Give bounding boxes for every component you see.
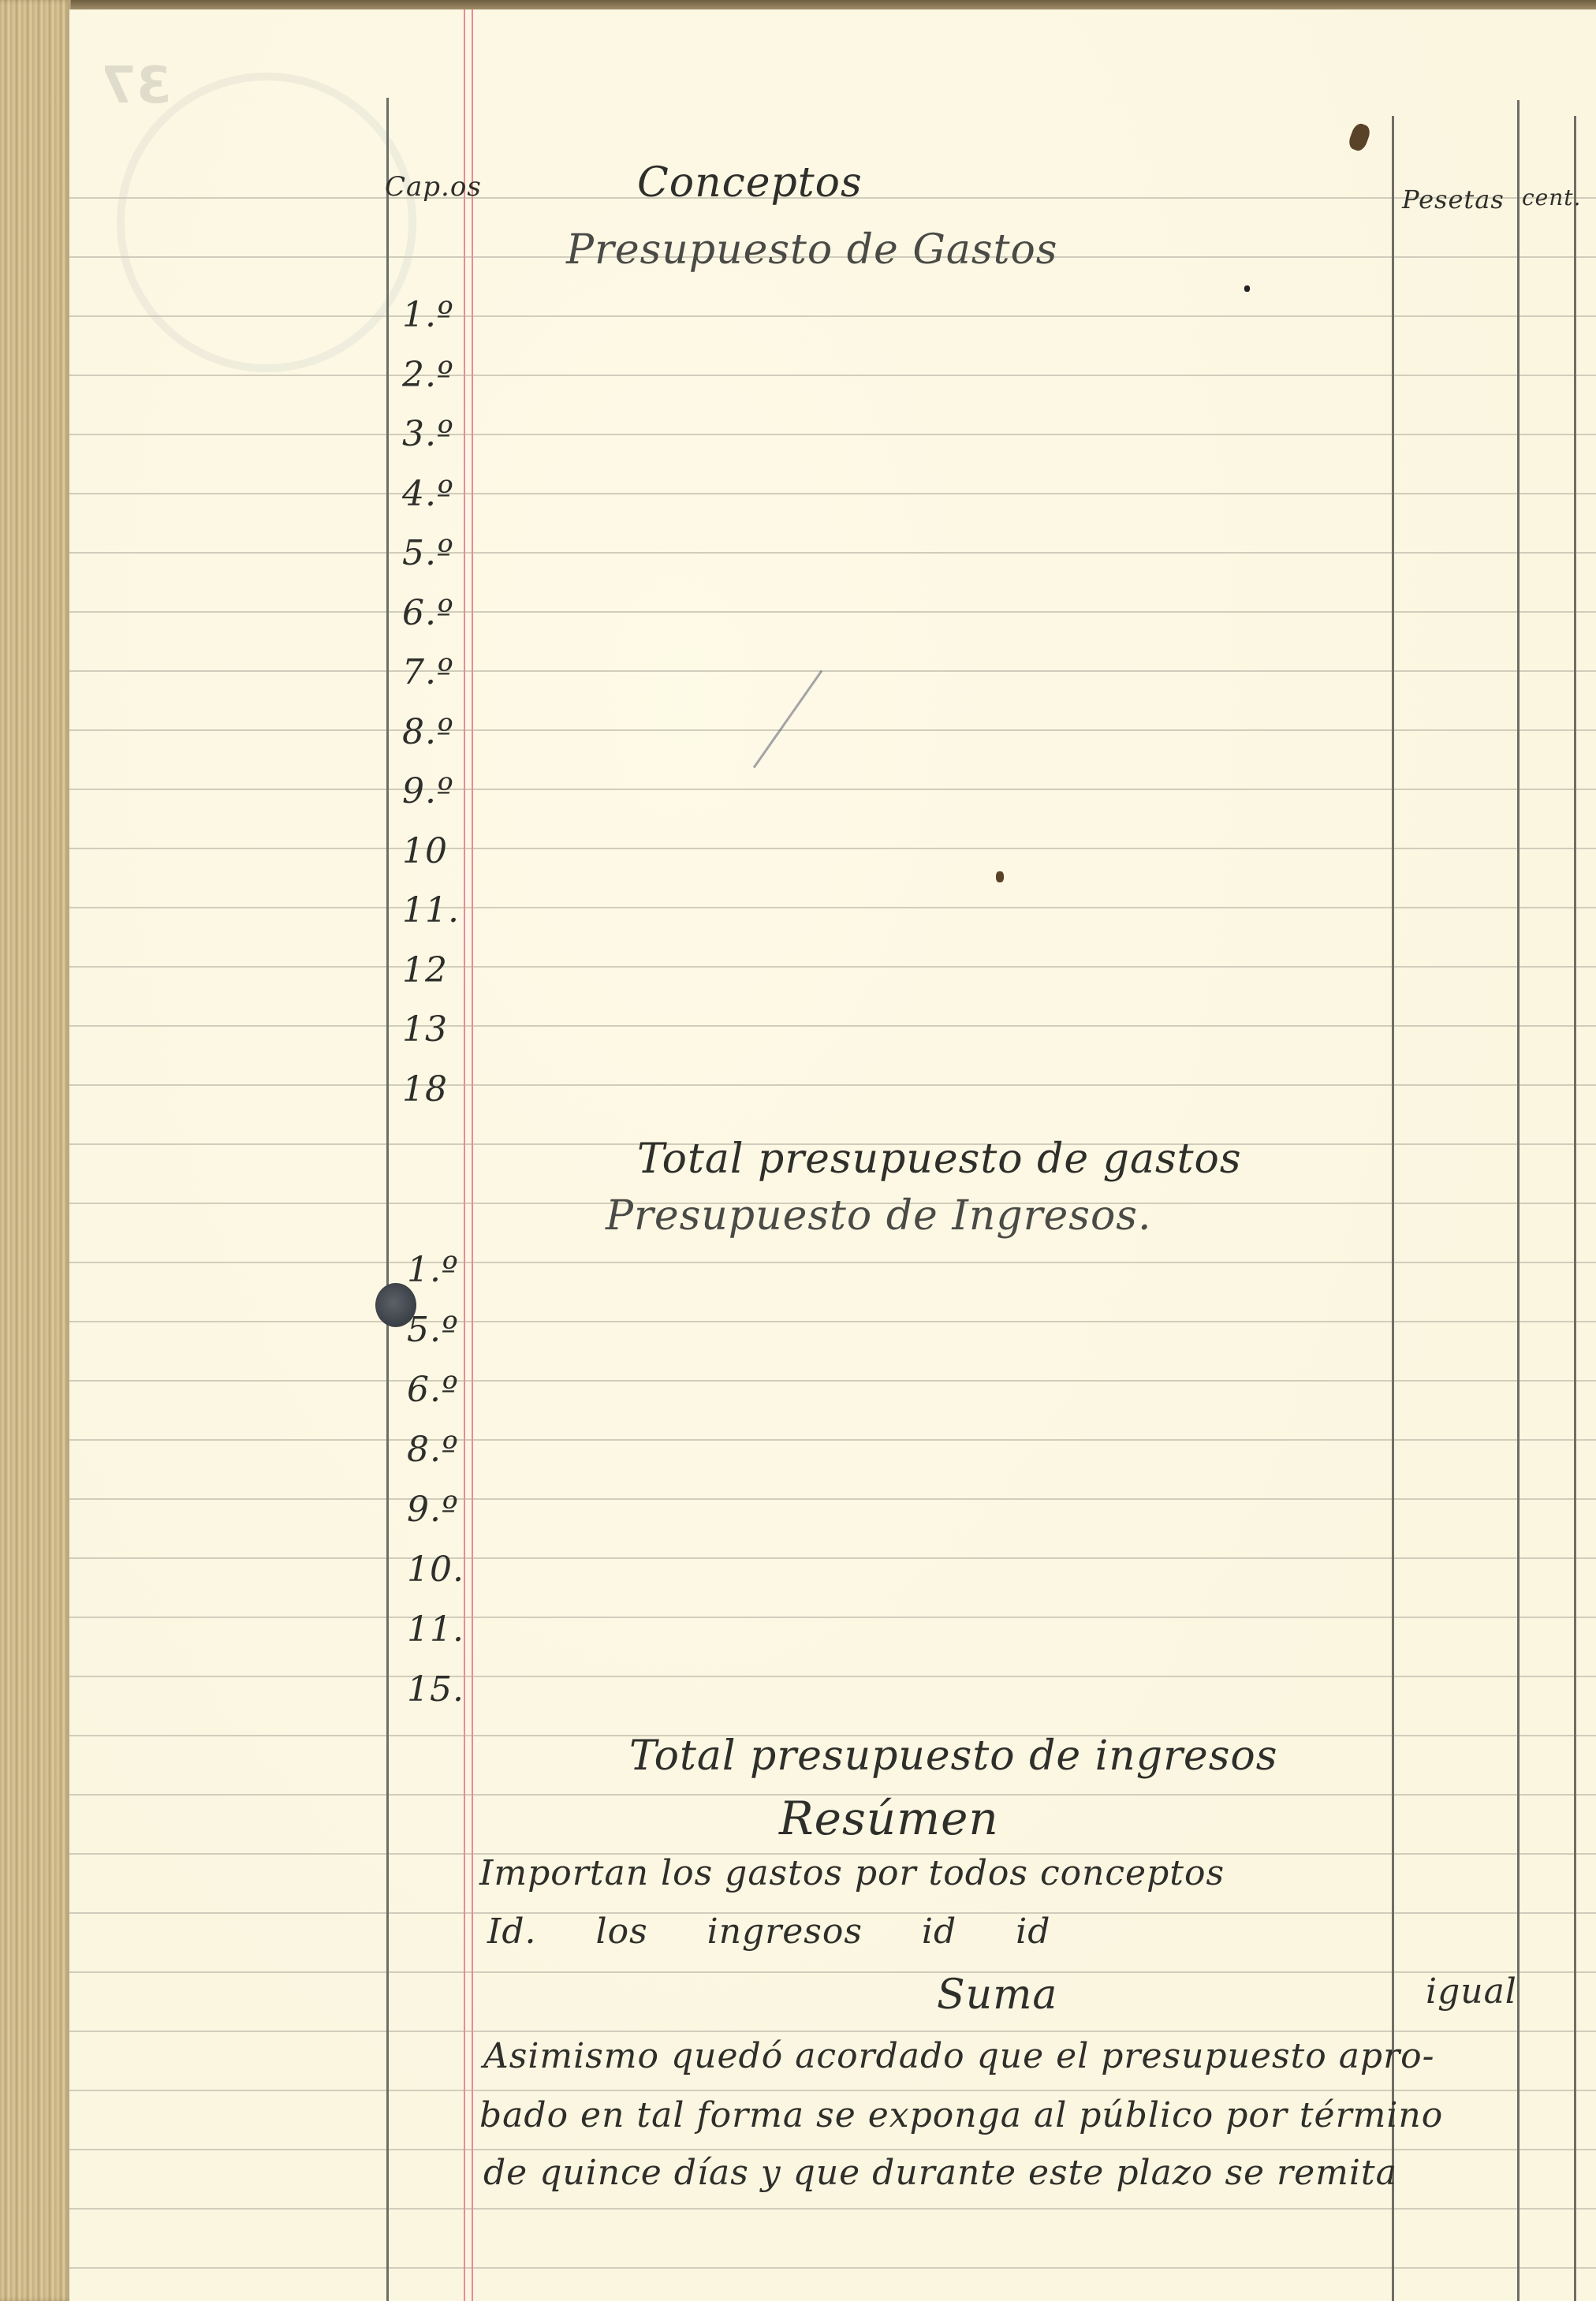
ruled-line — [69, 966, 1596, 968]
expense-chapter-number: 8.º — [402, 712, 454, 752]
ruled-line — [69, 2267, 1596, 2269]
summary-expenses-line: Importan los gastos por todos conceptos — [479, 1853, 1225, 1893]
expense-chapter-number: 3.º — [402, 414, 454, 454]
ruled-line — [69, 1025, 1596, 1027]
expense-chapter-number: 7.º — [402, 652, 454, 692]
ruled-line — [69, 907, 1596, 908]
income-chapter-number: 6.º — [407, 1370, 459, 1410]
stray-pen-stroke — [753, 670, 822, 769]
ruled-line — [69, 2031, 1596, 2032]
income-chapter-number: 5.º — [407, 1310, 459, 1350]
ruled-line — [69, 493, 1596, 494]
income-chapter-number: 11. — [407, 1609, 464, 1650]
cents-column-line — [1517, 100, 1520, 2301]
minutes-line-3: de quince días y que durante este plazo … — [483, 2153, 1397, 2193]
expense-chapter-number: 10 — [402, 831, 448, 871]
ledger-page: 37 Cap.os Conceptos Pesetas cent. Presup… — [69, 9, 1596, 2301]
summary-title: Resúmen — [779, 1792, 999, 1845]
summary-sum-value: igual — [1426, 1971, 1517, 2012]
ruled-line — [69, 1617, 1596, 1618]
ruled-line — [69, 552, 1596, 554]
expense-chapter-number: 18 — [402, 1069, 448, 1109]
income-chapter-number: 9.º — [407, 1490, 459, 1530]
ruled-line — [69, 729, 1596, 731]
expense-chapter-number: 13 — [402, 1009, 448, 1050]
cents-column-header: cent. — [1522, 185, 1581, 211]
page-right-line — [1574, 116, 1576, 2301]
ruled-line — [69, 1557, 1596, 1559]
expense-chapter-number: 2.º — [402, 355, 454, 395]
ruled-line — [69, 789, 1596, 790]
income-chapter-number: 10. — [407, 1550, 464, 1590]
ruled-line — [69, 611, 1596, 613]
minutes-line-1: Asimismo quedó acordado que el presupues… — [483, 2036, 1434, 2076]
book-page-stack-edge — [0, 0, 71, 2301]
dirt-speck — [996, 871, 1004, 882]
summary-income-line: Id. los ingresos id id — [487, 1911, 1050, 1952]
red-margin-line — [464, 9, 473, 2301]
stamp-bleed-through — [117, 73, 416, 372]
income-chapter-number: 1.º — [407, 1250, 459, 1290]
income-chapter-number: 8.º — [407, 1430, 459, 1470]
ruled-line — [69, 1498, 1596, 1500]
summary-sum-label: Suma — [937, 1971, 1057, 2019]
ruled-line — [69, 848, 1596, 849]
ruled-line — [69, 2208, 1596, 2210]
expense-chapter-number: 5.º — [402, 533, 454, 573]
expense-chapter-number: 11. — [402, 890, 460, 930]
dirt-speck — [1244, 285, 1250, 292]
bleed-through-page-number: 37 — [101, 57, 171, 115]
concept-column-header: Conceptos — [637, 159, 863, 207]
pesetas-column-line — [1392, 116, 1394, 2301]
expense-chapter-number: 4.º — [402, 474, 454, 514]
income-section-title: Presupuesto de Ingresos. — [606, 1192, 1152, 1240]
ruled-line — [69, 375, 1596, 376]
expense-chapter-number: 1.º — [402, 295, 454, 335]
ruled-line — [69, 1380, 1596, 1382]
expenses-section-title: Presupuesto de Gastos — [566, 226, 1057, 274]
pesetas-column-header: Pesetas — [1402, 185, 1505, 214]
ruled-line — [69, 1439, 1596, 1441]
ruled-line — [69, 434, 1596, 435]
ruled-line — [69, 1321, 1596, 1322]
chapter-column-left-line — [386, 98, 389, 2301]
ruled-line — [69, 1262, 1596, 1263]
expense-chapter-number: 9.º — [402, 771, 454, 811]
expenses-total-label: Total presupuesto de gastos — [637, 1136, 1242, 1183]
ruled-line — [69, 315, 1596, 317]
ruled-line — [69, 2149, 1596, 2150]
expense-chapter-number: 6.º — [402, 593, 454, 633]
chapter-column-header: Cap.os — [385, 171, 482, 203]
ruled-line — [69, 1971, 1596, 1973]
dirt-speck — [1347, 121, 1372, 152]
expense-chapter-number: 12 — [402, 950, 448, 990]
income-chapter-number: 15. — [407, 1669, 464, 1710]
income-total-label: Total presupuesto de ingresos — [629, 1732, 1277, 1780]
ruled-line — [69, 1676, 1596, 1677]
ruled-line — [69, 670, 1596, 672]
ruled-line — [69, 1084, 1596, 1086]
ruled-line — [69, 2090, 1596, 2091]
minutes-line-2: bado en tal forma se exponga al público … — [479, 2095, 1443, 2135]
